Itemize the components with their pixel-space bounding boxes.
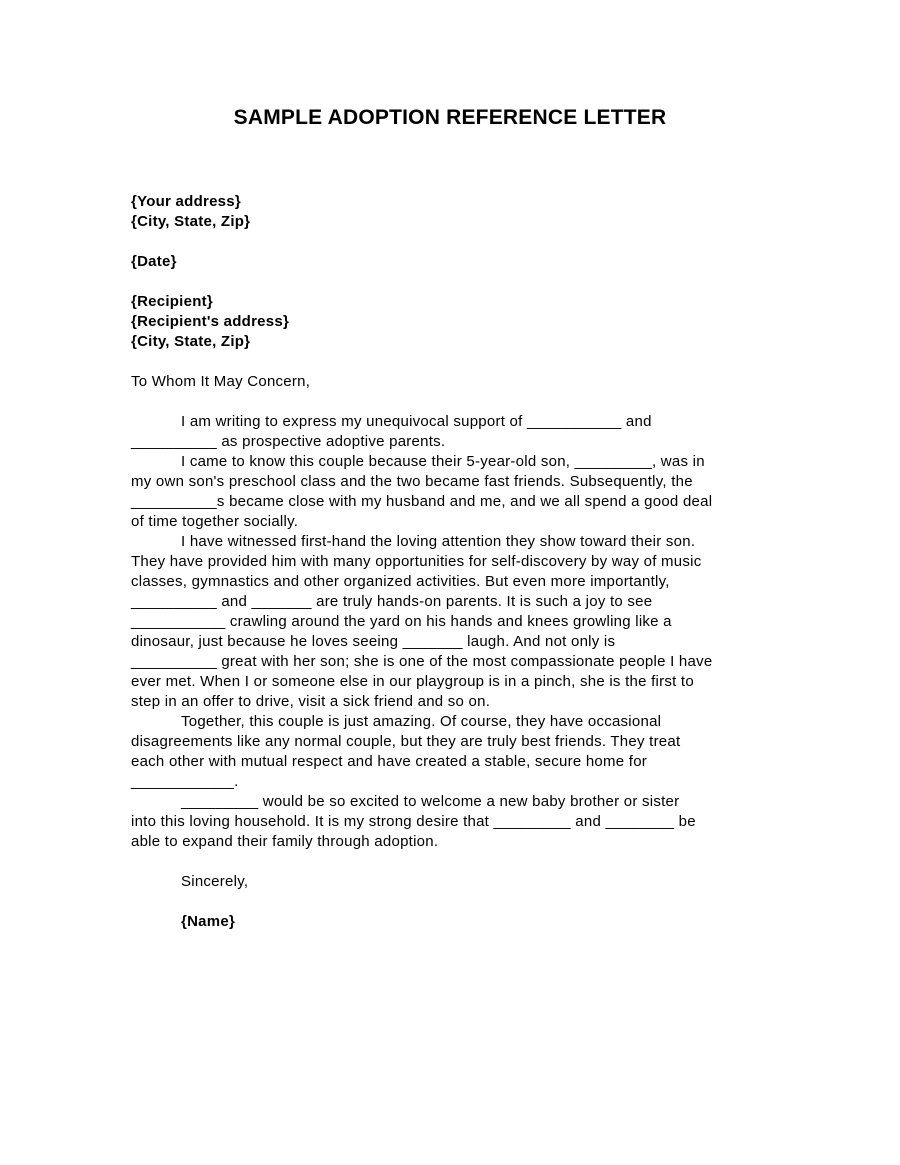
paragraph-line: __________ and _______ are truly hands-o…	[131, 592, 781, 612]
paragraph-line: __________ great with her son; she is on…	[131, 652, 781, 672]
recipient-name-line: {Recipient}	[131, 292, 781, 312]
paragraph-line: each other with mutual respect and have …	[131, 752, 781, 772]
paragraph-line: into this loving household. It is my str…	[131, 812, 781, 832]
paragraph-couple: Together, this couple is just amazing. O…	[131, 712, 781, 792]
recipient-address-block: {Recipient} {Recipient's address} {City,…	[131, 292, 781, 352]
paragraph-line: I have witnessed first-hand the loving a…	[131, 532, 781, 552]
letter-title: SAMPLE ADOPTION REFERENCE LETTER	[0, 106, 900, 130]
paragraph-line: of time together socially.	[131, 512, 781, 532]
paragraph-line: They have provided him with many opportu…	[131, 552, 781, 572]
paragraph-line: ____________.	[131, 772, 781, 792]
paragraph-line: I came to know this couple because their…	[131, 452, 781, 472]
paragraph-line: classes, gymnastics and other organized …	[131, 572, 781, 592]
sender-address-line: {Your address}	[131, 192, 781, 212]
paragraph-line: __________ as prospective adoptive paren…	[131, 432, 781, 452]
paragraph-line: dinosaur, just because he loves seeing _…	[131, 632, 781, 652]
date-block: {Date}	[131, 252, 781, 272]
letter-page: SAMPLE ADOPTION REFERENCE LETTER {Your a…	[0, 0, 900, 1165]
letter-body: {Your address} {City, State, Zip} {Date}…	[131, 192, 781, 932]
paragraph-line: I am writing to express my unequivocal s…	[131, 412, 781, 432]
salutation: To Whom It May Concern,	[131, 372, 781, 392]
recipient-address-line: {Recipient's address}	[131, 312, 781, 332]
paragraph-line: my own son's preschool class and the two…	[131, 472, 781, 492]
date-line: {Date}	[131, 252, 781, 272]
sender-city-state-zip-line: {City, State, Zip}	[131, 212, 781, 232]
paragraph-how-we-met: I came to know this couple because their…	[131, 452, 781, 532]
signature-name: {Name}	[131, 912, 781, 932]
paragraph-line: _________ would be so excited to welcome…	[131, 792, 781, 812]
paragraph-line: ever met. When I or someone else in our …	[131, 672, 781, 692]
closing: Sincerely,	[131, 872, 781, 892]
paragraph-line: Together, this couple is just amazing. O…	[131, 712, 781, 732]
paragraph-line: able to expand their family through adop…	[131, 832, 781, 852]
paragraph-support: I am writing to express my unequivocal s…	[131, 412, 781, 452]
paragraph-line: __________s became close with my husband…	[131, 492, 781, 512]
paragraph-line: ___________ crawling around the yard on …	[131, 612, 781, 632]
paragraph-parenting: I have witnessed first-hand the loving a…	[131, 532, 781, 712]
paragraph-line: disagreements like any normal couple, bu…	[131, 732, 781, 752]
paragraph-adoption-wish: _________ would be so excited to welcome…	[131, 792, 781, 852]
paragraph-line: step in an offer to drive, visit a sick …	[131, 692, 781, 712]
sender-address-block: {Your address} {City, State, Zip}	[131, 192, 781, 232]
recipient-city-state-zip-line: {City, State, Zip}	[131, 332, 781, 352]
